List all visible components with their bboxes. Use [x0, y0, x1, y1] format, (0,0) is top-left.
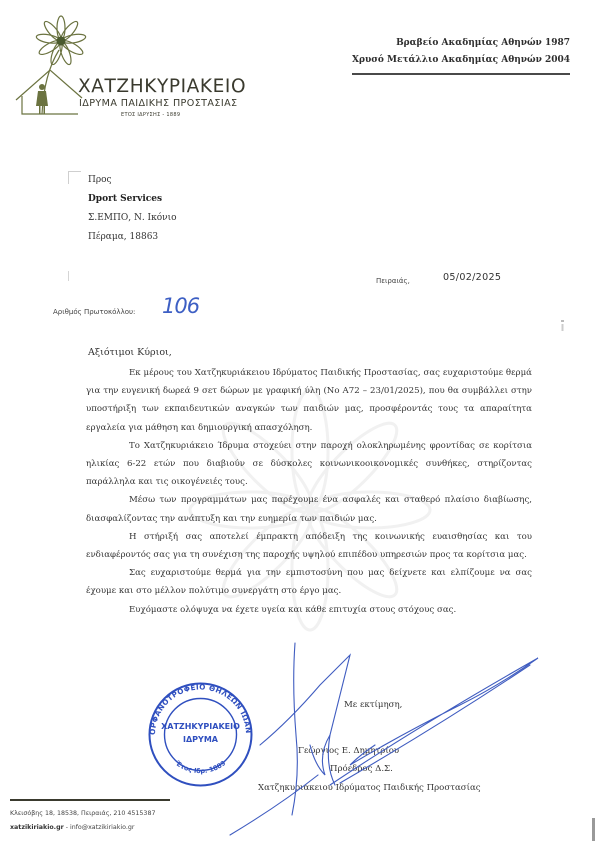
address-window-corner: [68, 171, 81, 184]
footer-divider: [10, 799, 170, 801]
address-window-corner: [68, 271, 69, 281]
stamp-bottom-text: Έτος Ιδρ. 1889: [173, 759, 227, 775]
stamp-center-line-1: ΧΑΤΖΗΚΥΡΙΑΚΕΙΟ: [161, 722, 240, 731]
award-line-2: Χρυσό Μετάλλιο Ακαδημίας Αθηνών 2004: [352, 55, 570, 65]
recipient-address-line-1: Σ.ΕΜΠΟ, Ν. Ικόνιο: [88, 213, 177, 223]
footer-address: Κλεισόβης 18, 18538, Πειραιάς, 210 45153…: [10, 810, 155, 817]
svg-text:Έτος Ιδρ. 1889: Έτος Ιδρ. 1889: [173, 759, 227, 775]
footer-contact: xatzikiriakio.gr - info@xatzikiriakio.gr: [10, 824, 135, 831]
body-paragraph: Μέσω των προγραμμάτων μας παρέχουμε ένα …: [86, 491, 532, 527]
organization-name: ΧΑΤΖΗΚΥΡΙΑΚΕΙΟ: [78, 76, 246, 97]
letter-date: 05/02/2025: [443, 272, 501, 283]
organization-subtitle: ΙΔΡΥΜΑ ΠΑΙΔΙΚΗΣ ΠΡΟΣΤΑΣΙΑΣ: [79, 98, 238, 109]
recipient-name: Dport Services: [88, 194, 162, 204]
recipient-address-line-2: Πέραμα, 18863: [88, 232, 158, 242]
body-paragraph: Εκ μέρους του Χατζηκυριάκειου Ιδρύματος …: [86, 364, 532, 437]
footer-email-link[interactable]: info@xatzikiriakio.gr: [70, 824, 135, 831]
letter-closing: Με εκτίμηση,: [344, 700, 402, 710]
signatory-organization: Χατζηκυριάκειου Ιδρύματος Παιδικής Προστ…: [258, 783, 481, 793]
award-line-1: Βραβείο Ακαδημίας Αθηνών 1987: [396, 38, 570, 48]
scan-mark-icon: [560, 320, 565, 332]
protocol-number-handwritten: 106: [162, 294, 199, 318]
signatory-name: Γεώργιος Ε. Δημητρίου: [298, 746, 399, 756]
letter-greeting: Αξιότιμοι Κύριοι,: [88, 347, 172, 358]
header-divider: [352, 73, 570, 75]
body-paragraph: Ευχόμαστε ολόψυχα να έχετε υγεία και κάθ…: [86, 601, 532, 619]
body-paragraph: Σας ευχαριστούμε θερμά για την εμπιστοσύ…: [86, 564, 532, 600]
stamp-center-line-2: ΙΔΡΥΜΑ: [183, 735, 219, 744]
signatory-role: Πρόεδρος Δ.Σ.: [330, 764, 393, 774]
letter-body: Εκ μέρους του Χατζηκυριάκειου Ιδρύματος …: [86, 364, 532, 619]
footer-website-link[interactable]: xatzikiriakio.gr: [10, 824, 64, 831]
letter-place: Πειραιάς,: [376, 277, 410, 285]
body-paragraph: Η στήριξή σας αποτελεί έμπρακτη απόδειξη…: [86, 528, 532, 564]
body-paragraph: Το Χατζηκυριάκειο Ίδρυμα στοχεύει στην π…: [86, 437, 532, 492]
protocol-number-label: Αριθμός Πρωτοκόλλου:: [53, 308, 135, 316]
official-stamp-icon: ΟΡΦΑΝΟΤΡΟΦΕΙΟ ΘΗΛΕΩΝ ΙΩΑΝΝΟΥ & ΜΑΡΙΓΟΥΣ …: [143, 681, 258, 788]
recipient-to-label: Προς: [88, 175, 112, 185]
founding-year: ΕΤΟΣ ΙΔΡΥΣΗΣ - 1889: [121, 112, 180, 118]
